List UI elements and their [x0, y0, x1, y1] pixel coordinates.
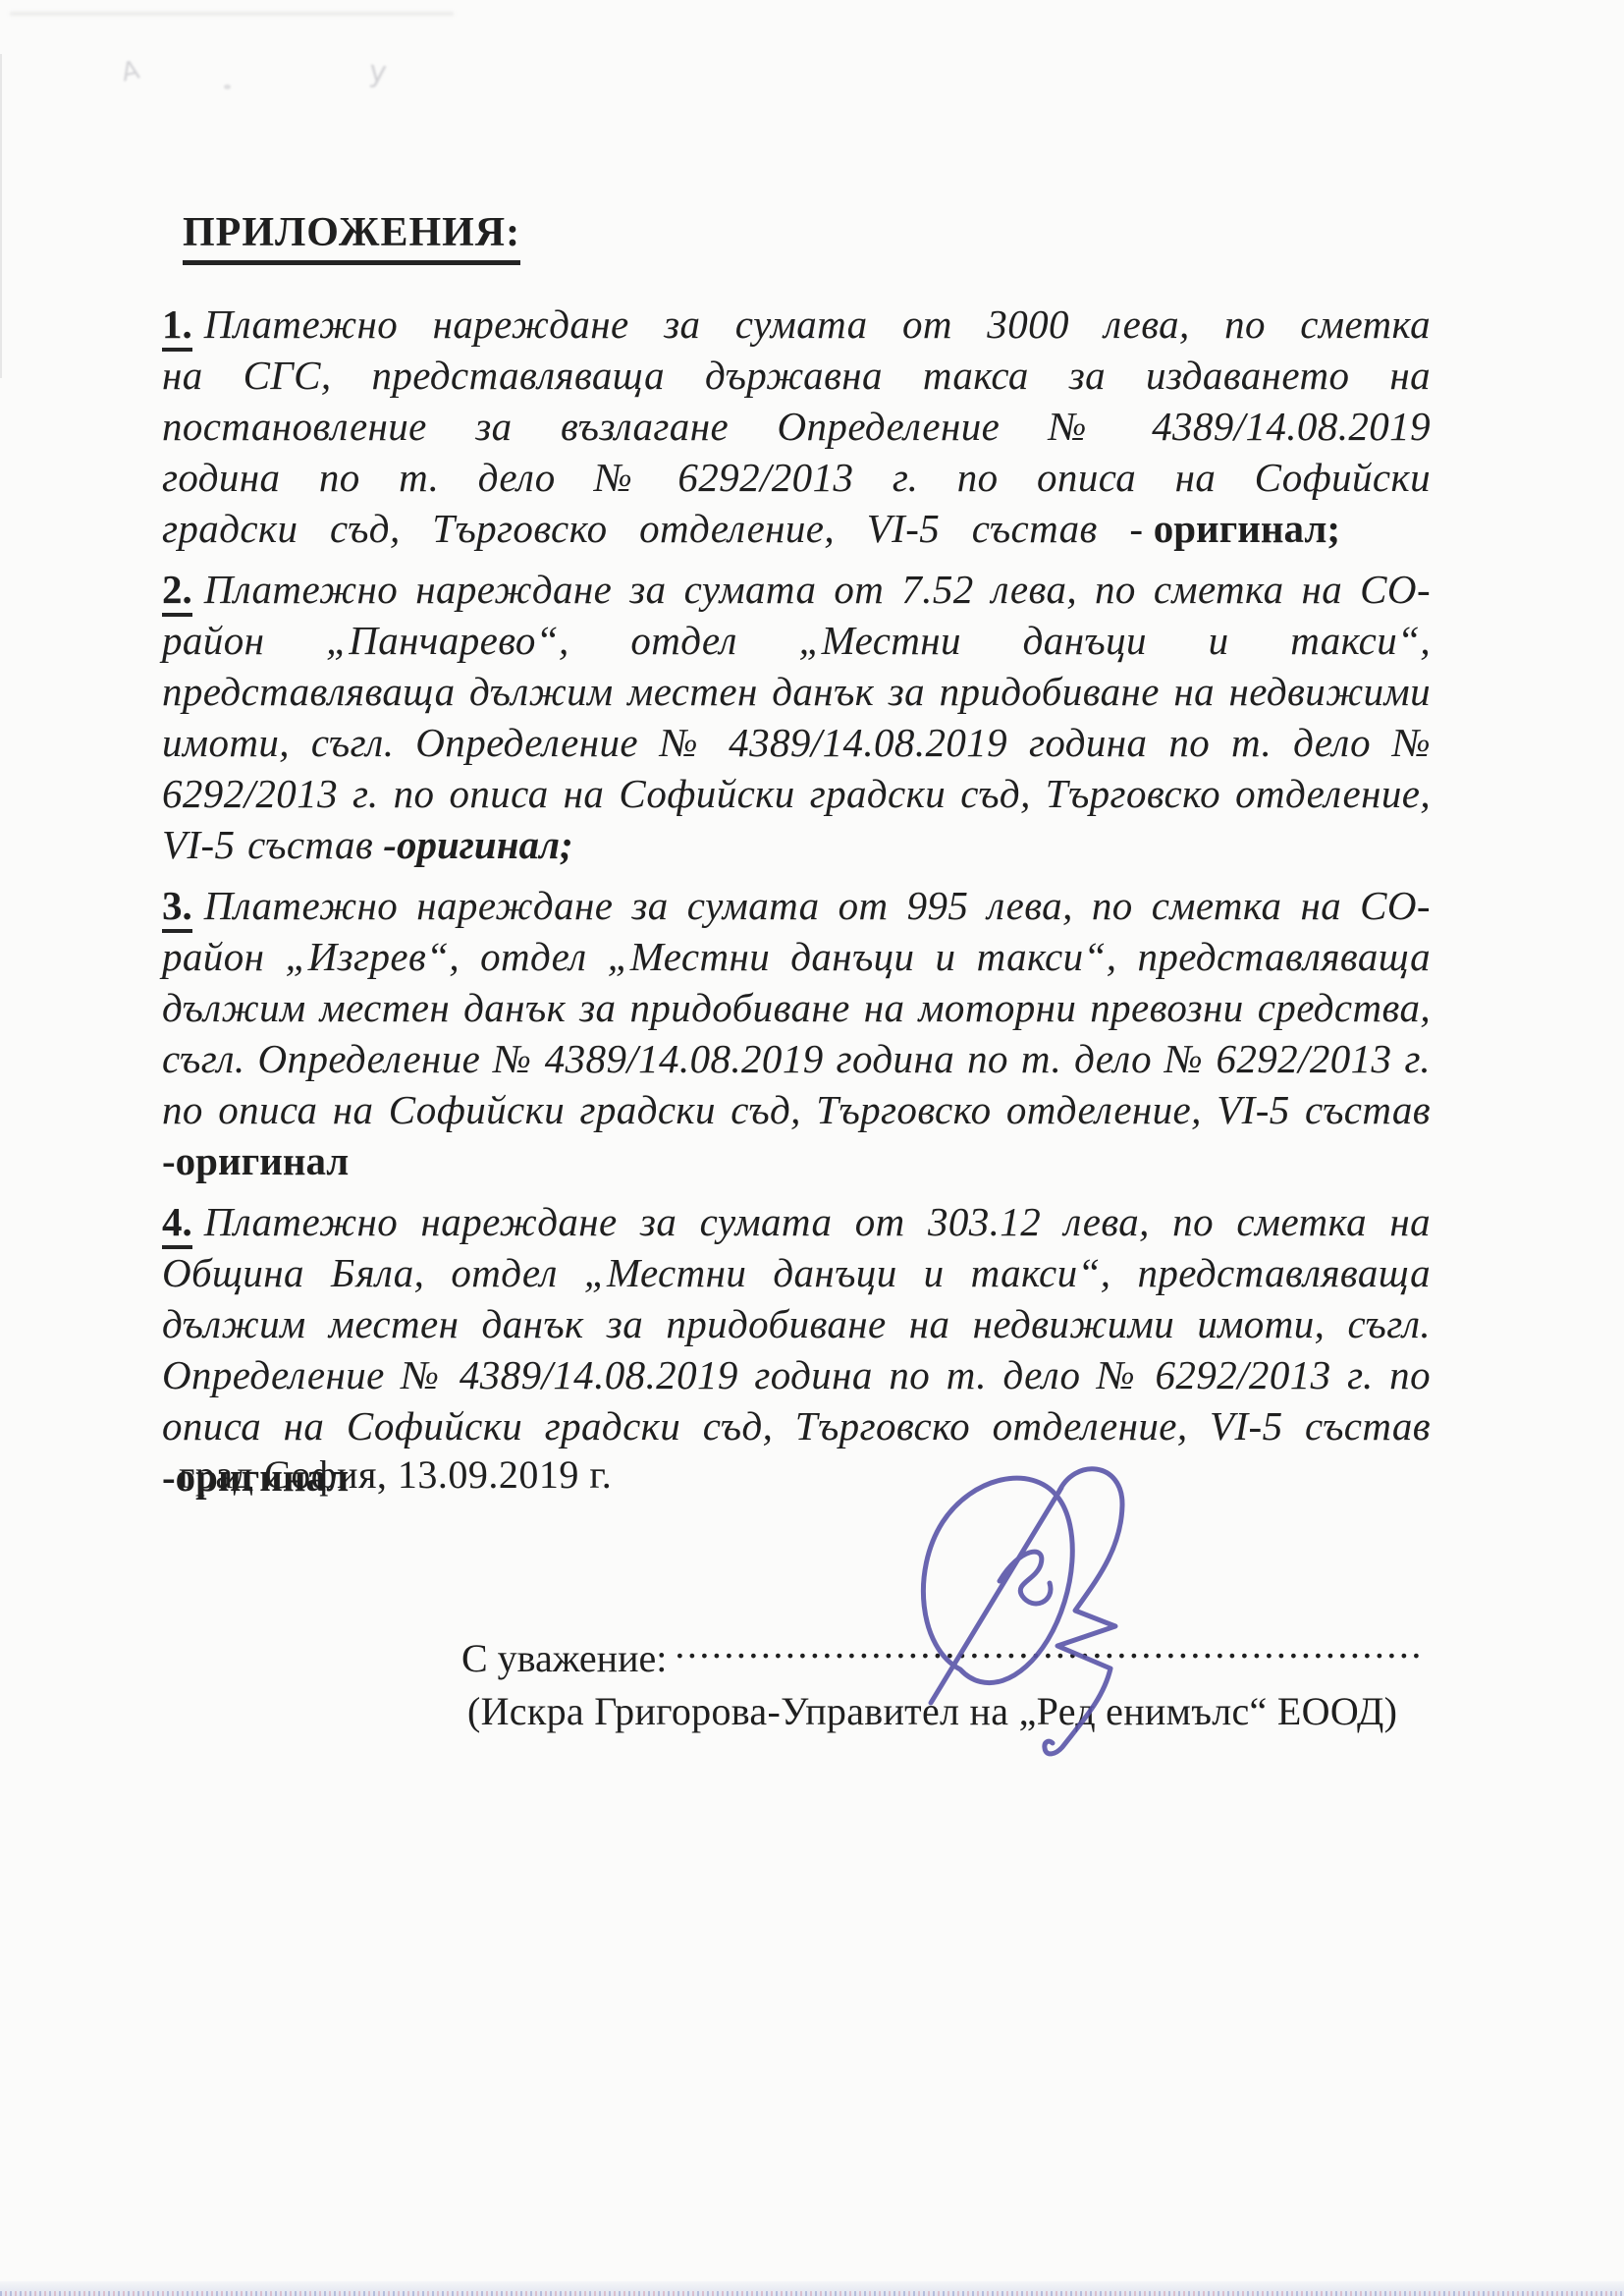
pencil-smudge: у [367, 54, 388, 90]
scan-bottom-noise [0, 2291, 1624, 2296]
attachment-item-1: 1.Платежно нареждане за сумата от 3000 л… [162, 299, 1431, 554]
attachment-item-3: 3.Платежно нареждане за сумата от 995 ле… [162, 880, 1431, 1186]
item-original-label: -оригинал [162, 1138, 349, 1183]
signature-dotted-line: ........................................… [675, 1618, 1419, 1671]
closing-block: С уважение:.............................… [461, 1618, 1419, 1738]
item-number: 4. [162, 1199, 192, 1249]
scan-edge-line [0, 54, 2, 378]
item-text: Платежно нареждане за сумата от 7.52 лев… [162, 567, 1431, 867]
item-number: 2. [162, 567, 192, 617]
item-text: Платежно нареждане за сумата от 995 лева… [162, 883, 1431, 1132]
item-text: Платежно нареждане за сумата от 303.12 л… [162, 1199, 1431, 1449]
item-number: 1. [162, 301, 192, 352]
salutation: С уважение: [461, 1636, 667, 1680]
attachments-list: 1.Платежно нареждане за сумата от 3000 л… [162, 299, 1431, 1512]
salutation-line: С уважение:.............................… [461, 1618, 1419, 1685]
item-original-label: -оригинал; [383, 822, 572, 867]
pencil-smudge [224, 84, 231, 89]
date-line: град София, 13.09.2019 г. [179, 1451, 612, 1498]
item-number: 3. [162, 883, 192, 933]
signatory-credit: (Искра Григорова-Управител на „Ред енимъ… [467, 1685, 1419, 1738]
attachment-item-2: 2.Платежно нареждане за сумата от 7.52 л… [162, 564, 1431, 870]
scan-streak [10, 12, 454, 16]
item-original-label: оригинал; [1154, 506, 1340, 551]
scanned-document-page: А у ПРИЛОЖЕНИЯ: 1.Платежно нареждане за … [0, 0, 1624, 2296]
attachments-heading: ПРИЛОЖЕНИЯ: [183, 209, 520, 265]
pencil-smudge: А [119, 55, 142, 87]
